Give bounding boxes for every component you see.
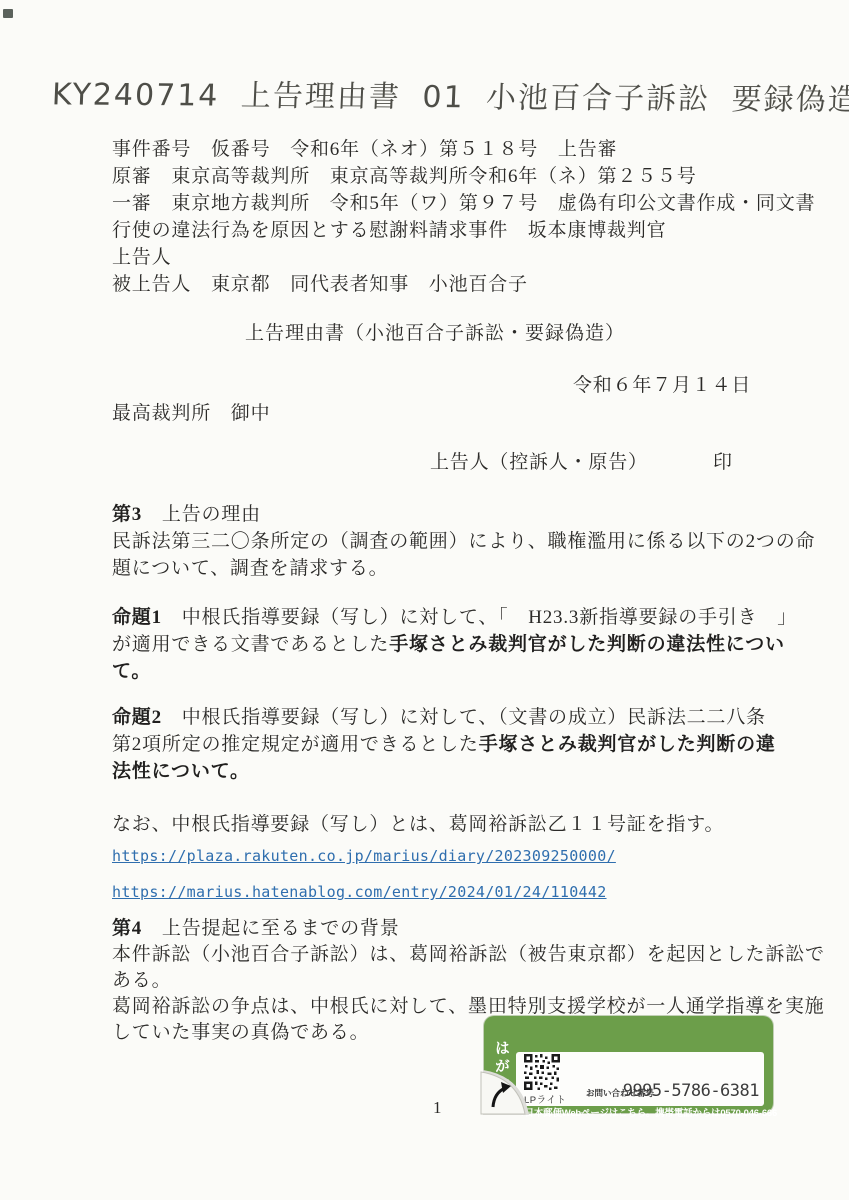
section-3-body-line: 題について、調査を請求する。 — [112, 555, 815, 582]
case-name-line: 行使の違法行為を原因とする慰謝料請求事件 坂本康博裁判官 — [112, 217, 815, 244]
link-line: https://plaza.rakuten.co.jp/marius/diary… — [112, 838, 724, 874]
document-page: { "handwritten_note": "KY240714 上告理由書 01… — [0, 0, 849, 1200]
appellee-line: 被上告人 東京都 同代表者知事 小池百合子 — [112, 271, 815, 298]
proposition-2-line: 第2項所定の推定規定が適用できるとした手塚さとみ裁判官がした判断の違 — [112, 731, 776, 758]
link-line: https://marius.hatenablog.com/entry/2024… — [112, 874, 724, 910]
proposition-2-number: 命題2 — [112, 707, 162, 728]
section-3: 第3 上告の理由 民訴法第三二〇条所定の（調査の範囲）により、職権濫用に係る以下… — [112, 501, 815, 582]
section-4-body-line: ある。 — [112, 968, 825, 994]
handwritten-note: KY240714 上告理由書 01 小池百合子訴訟 要録偽造 — [51, 69, 813, 118]
appeal-court-line: 原審 東京高等裁判所 東京高等裁判所令和6年（ネ）第２５５号 — [112, 163, 815, 190]
seal-mark: 印 — [713, 449, 733, 476]
page-number: 1 — [433, 1098, 443, 1118]
proposition-1-number: 命題1 — [112, 607, 162, 628]
proposition-1-line: 命題1 中根氏指導要録（写し）に対して、「 H23.3新指導要録の手引き 」 — [112, 604, 797, 631]
document-date: 令和６年７月１４日 — [573, 372, 751, 399]
appellant-signature: 上告人（控訴人・原告） — [430, 449, 648, 476]
peel-corner-icon — [480, 1066, 532, 1116]
section-3-heading: 第3 上告の理由 — [112, 501, 815, 528]
note-block: なお、中根氏指導要録（写し）とは、葛岡裕訴訟乙１１号証を指す。 https://… — [112, 811, 724, 910]
case-number-line: 事件番号 仮番号 令和6年（ネオ）第５１８号 上告審 — [112, 136, 815, 163]
inquiry-number: 9995-5786-6381 — [623, 1081, 759, 1101]
case-info-block: 事件番号 仮番号 令和6年（ネオ）第５１８号 上告審 原審 東京高等裁判所 東京… — [112, 136, 815, 298]
proposition-2-line: 命題2 中根氏指導要録（写し）に対して、（文書の成立）民訴法二二八条 — [112, 704, 776, 731]
section-4-heading: 第4 上告提起に至るまでの背景 — [112, 916, 825, 942]
hatena-blog-link[interactable]: https://marius.hatenablog.com/entry/2024… — [112, 883, 607, 901]
appellant-label-line: 上告人 — [112, 244, 815, 271]
addressee-court: 最高裁判所 御中 — [112, 400, 270, 427]
section-4-number: 第4 — [112, 918, 142, 939]
proposition-2: 命題2 中根氏指導要録（写し）に対して、（文書の成立）民訴法二二八条 第2項所定… — [112, 704, 776, 785]
japanpost-sticker: はがす 0120-23-28-86 https://www.post.japan… — [484, 1016, 773, 1113]
sticker-web-note: ↓日本郵便Webページはこちら。携帯電話からは0570-046-666 — [520, 1107, 777, 1120]
proposition-1: 命題1 中根氏指導要録（写し）に対して、「 H23.3新指導要録の手引き 」 が… — [112, 604, 797, 685]
first-court-line: 一審 東京地方裁判所 令和5年（ワ）第９７号 虚偽有印公文書作成・同文書 — [112, 190, 815, 217]
section-3-number: 第3 — [112, 504, 142, 525]
section-4-body-line: 本件訴訟（小池百合子訴訟）は、葛岡裕訴訟（被告東京都）を起因とした訴訟で — [112, 942, 825, 968]
document-title: 上告理由書（小池百合子訴訟・要録偽造） — [245, 318, 625, 345]
rakuten-blog-link[interactable]: https://plaza.rakuten.co.jp/marius/diary… — [112, 847, 616, 865]
section-3-body-line: 民訴法第三二〇条所定の（調査の範囲）により、職権濫用に係る以下の2つの命 — [112, 528, 815, 555]
proposition-1-line: て。 — [112, 658, 797, 685]
sticker-white-panel: LPライト お問い合わせ番号 9995-5786-6381 — [516, 1052, 764, 1106]
proposition-2-line: 法性について。 — [112, 758, 776, 785]
scan-artifact-mark — [3, 9, 13, 18]
note-text: なお、中根氏指導要録（写し）とは、葛岡裕訴訟乙１１号証を指す。 — [112, 811, 724, 838]
proposition-1-line: が適用できる文書であるとした手塚さとみ裁判官がした判断の違法性につい — [112, 631, 797, 658]
